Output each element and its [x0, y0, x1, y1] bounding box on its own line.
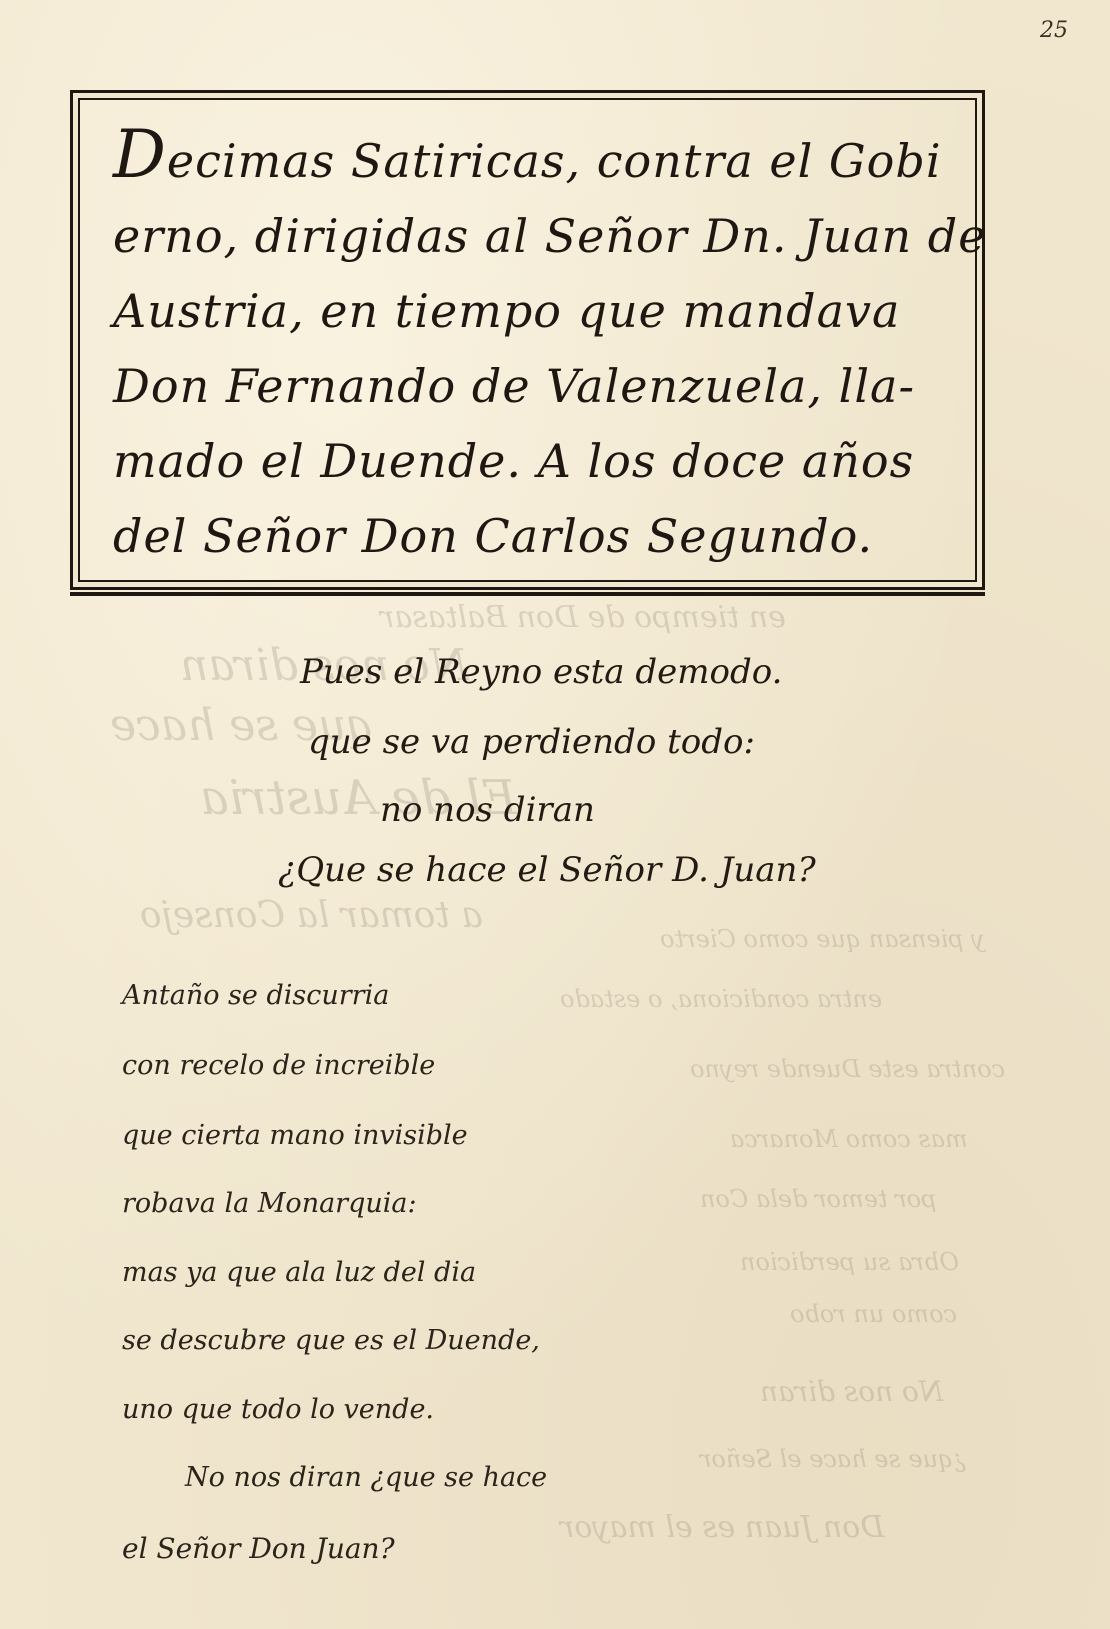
title-line: Don Fernando de Valenzuela, lla- — [113, 349, 952, 424]
bleed-through-text: por temor dela Con — [700, 1185, 937, 1213]
verse-line: no nos diran — [380, 790, 595, 830]
bleed-through-text: No nos diran — [760, 1375, 943, 1408]
verse-line: que cierta mano invisible — [122, 1120, 468, 1151]
page-number: 25 — [1040, 18, 1068, 43]
verse-line: se descubre que es el Duende, — [122, 1325, 540, 1356]
verse-line: que se va perdiendo todo: — [308, 722, 755, 762]
bleed-through-text: en tiempo de Don Baltasar — [380, 600, 786, 635]
title-line: del Señor Don Carlos Segundo. — [113, 499, 952, 574]
title-frame: Decimas Satiricas, contra el Gobi erno, … — [70, 90, 985, 590]
verse-line: uno que todo lo vende. — [122, 1394, 434, 1425]
bleed-through-text: y piensan que como Cierto — [660, 925, 985, 953]
verse-line: robava la Monarquia: — [122, 1188, 417, 1219]
verse-line: mas ya que ala luz del dia — [122, 1257, 476, 1288]
bleed-through-text: Don Juan es el mayor — [560, 1510, 884, 1545]
bleed-through-text: Obra su perdicion — [740, 1248, 959, 1276]
bleed-through-text: ¿que se hace el Señor — [700, 1445, 966, 1473]
title-line: mado el Duende. A los doce años — [113, 424, 952, 499]
title-line: Decimas Satiricas, contra el Gobi — [113, 117, 952, 199]
bleed-through-text: mas como Monarca — [730, 1125, 968, 1153]
verse-line: Pues el Reyno esta demodo. — [300, 652, 782, 692]
bleed-through-text: a tomar la Consejo — [140, 895, 483, 936]
verse-line: Antaño se discurria — [122, 980, 389, 1011]
bleed-through-text: como un robo — [790, 1300, 957, 1328]
title-line: erno, dirigidas al Señor Dn. Juan de — [113, 199, 952, 274]
title-line: Austria, en tiempo que mandava — [113, 274, 952, 349]
bleed-through-text: entra condiciona, o estado — [560, 985, 882, 1013]
verse-line: No nos diran ¿que se hace — [185, 1462, 547, 1493]
verse-line: el Señor Don Juan? — [122, 1532, 395, 1565]
verse-line: ¿Que se hace el Señor D. Juan? — [278, 850, 816, 890]
bleed-through-text: contra este Duende reyno — [690, 1055, 1005, 1083]
manuscript-page: en tiempo de Don Baltasar No nos diran q… — [0, 0, 1110, 1629]
title-text: Decimas Satiricas, contra el Gobi erno, … — [113, 117, 952, 574]
verse-line: con recelo de increible — [122, 1050, 435, 1081]
